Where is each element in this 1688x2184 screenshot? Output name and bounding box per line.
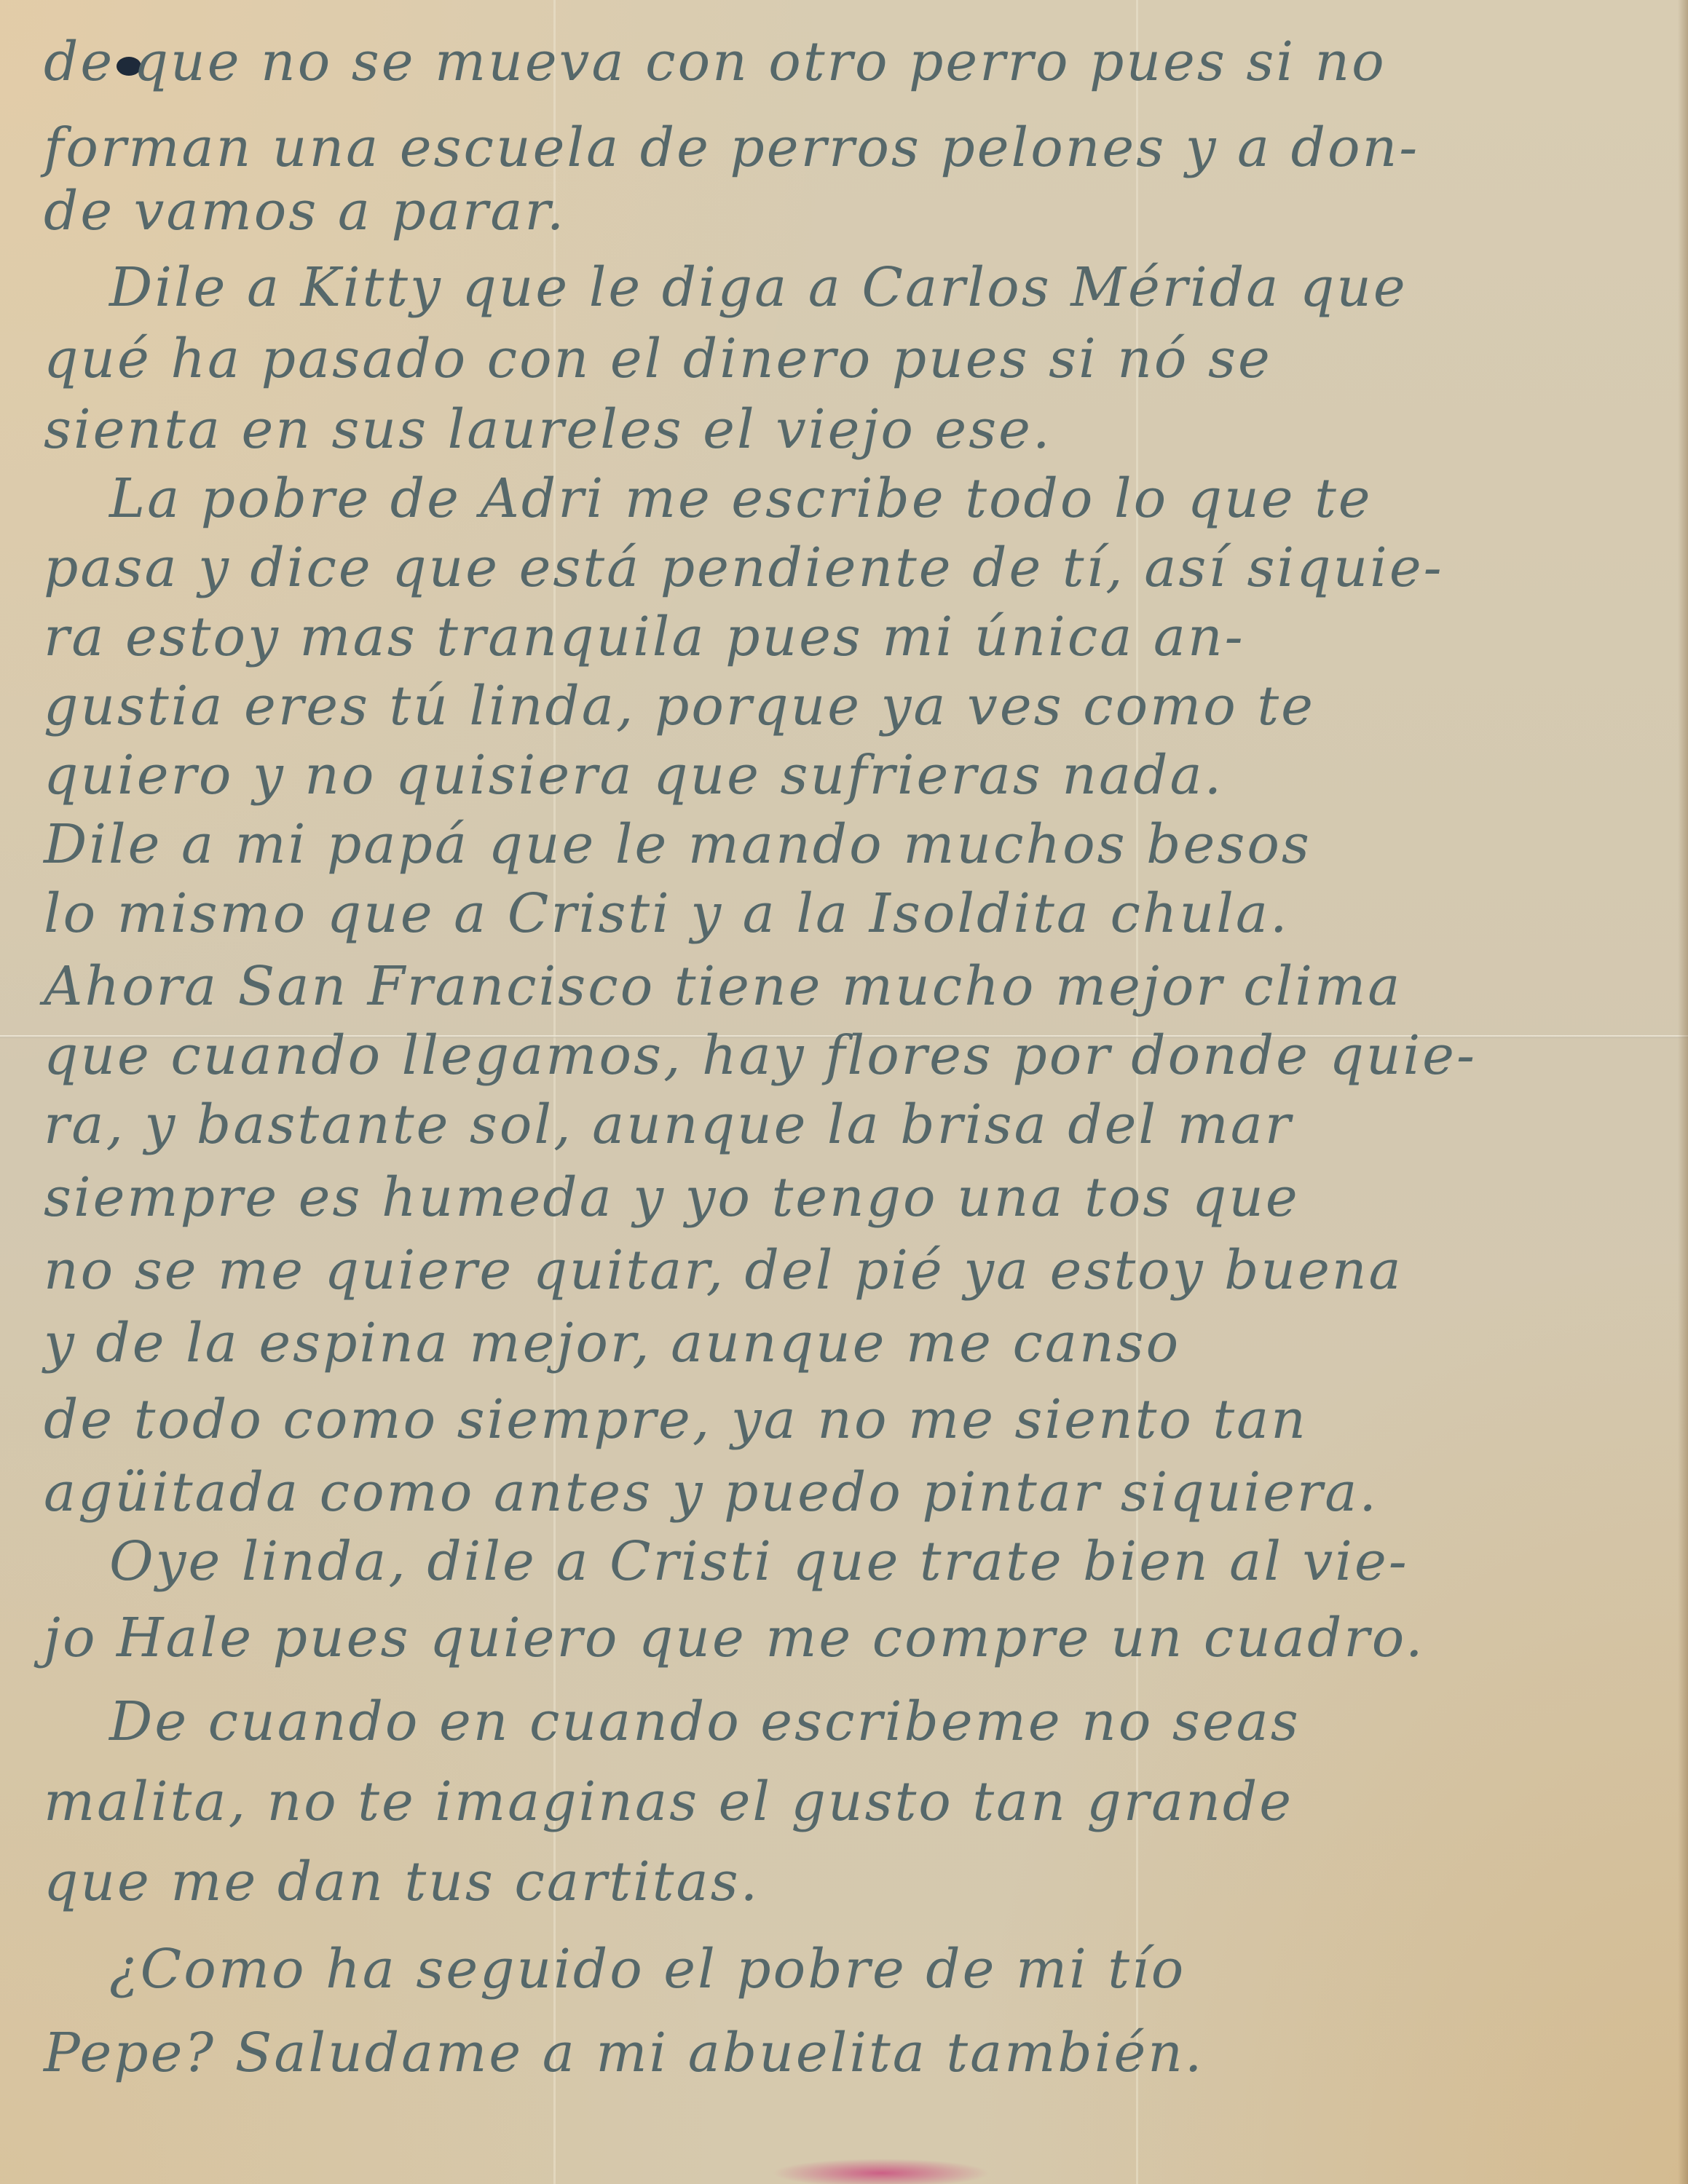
letter-line: Oye linda, dile a Cristi que trate bien …: [109, 1529, 1644, 1594]
letter-line: agüitada como antes y puedo pintar siqui…: [44, 1460, 1644, 1525]
letter-line: La pobre de Adri me escribe todo lo que …: [109, 466, 1644, 531]
letter-line: quiero y no quisiera que sufrieras nada.: [44, 743, 1644, 808]
letter-line: no se me quiere quitar, del pié ya estoy…: [44, 1238, 1644, 1303]
letter-line: malita, no te imaginas el gusto tan gran…: [44, 1769, 1644, 1835]
letter-line: de que no se mueva con otro perro pues s…: [44, 29, 1644, 95]
letter-line: ¿Como ha seguido el pobre de mi tío: [109, 1936, 1644, 2002]
letter-line: qué ha pasado con el dinero pues si nó s…: [44, 326, 1644, 392]
handwritten-letter-body: de que no se mueva con otro perro pues s…: [0, 0, 1688, 2184]
letter-line: siempre es humeda y yo tengo una tos que: [44, 1165, 1644, 1230]
letter-line: De cuando en cuando escribeme no seas: [109, 1689, 1644, 1754]
letter-line: de todo como siempre, ya no me siento ta…: [44, 1387, 1644, 1452]
letter-line: lo mismo que a Cristi y a la Isoldita ch…: [44, 881, 1644, 946]
letter-line: ra, y bastante sol, aunque la brisa del …: [44, 1092, 1644, 1158]
letter-line: Dile a mi papá que le mando muchos besos: [44, 812, 1644, 877]
letter-line: pasa y dice que está pendiente de tí, as…: [44, 535, 1644, 601]
letter-line: y de la espina mejor, aunque me canso: [44, 1310, 1644, 1376]
letter-line: Ahora San Francisco tiene mucho mejor cl…: [44, 954, 1644, 1019]
letter-line: gustia eres tú linda, porque ya ves como…: [44, 673, 1644, 739]
letter-page: de que no se mueva con otro perro pues s…: [0, 0, 1688, 2184]
letter-line: ra estoy mas tranquila pues mi única an-: [44, 604, 1644, 670]
letter-line: jo Hale pues quiero que me compre un cua…: [44, 1605, 1644, 1671]
letter-line: que me dan tus cartitas.: [44, 1849, 1644, 1915]
letter-line: que cuando llegamos, hay flores por dond…: [44, 1023, 1644, 1088]
letter-line: Dile a Kitty que le diga a Carlos Mérida…: [109, 255, 1644, 320]
letter-line: Pepe? Saludame a mi abuelita también.: [44, 2020, 1644, 2086]
letter-line: forman una escuela de perros pelones y a…: [44, 115, 1644, 181]
letter-line: sienta en sus laureles el viejo ese.: [44, 397, 1644, 462]
letter-line: de vamos a parar.: [44, 178, 1644, 244]
